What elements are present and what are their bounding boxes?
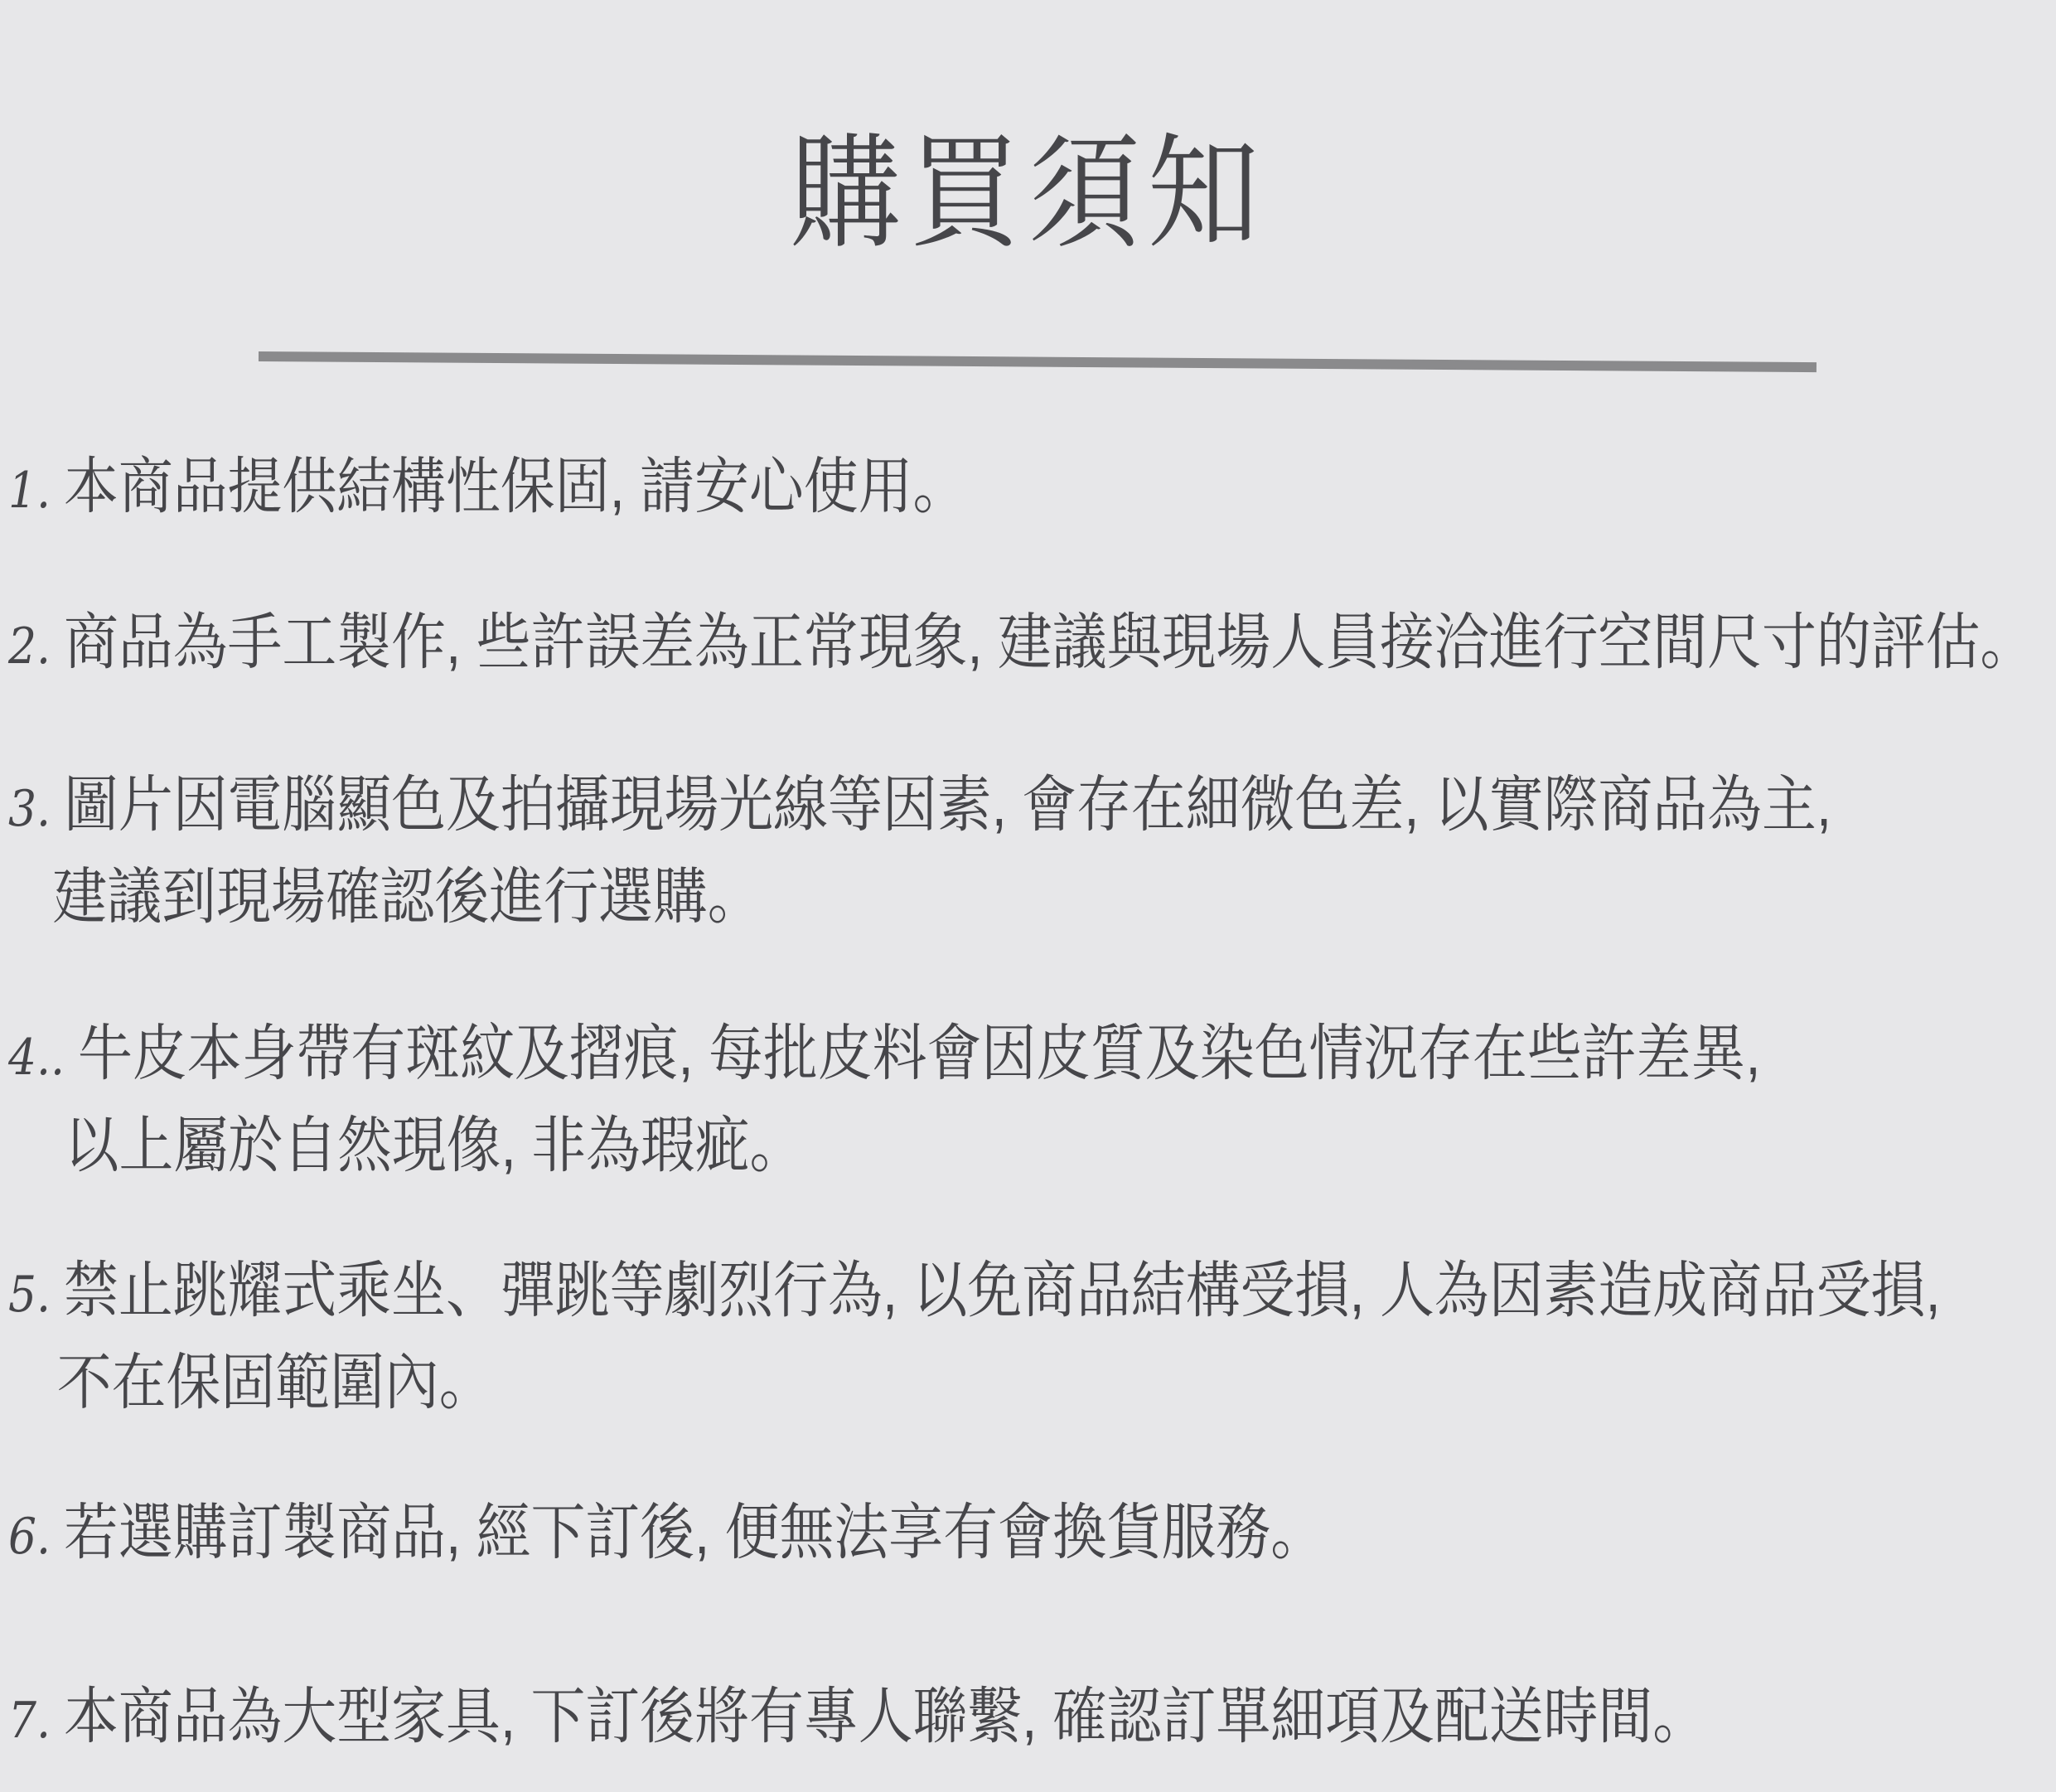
item-5-text: 禁止跳耀式乘坐、彈跳等劇烈行為, 以免商品結構受損, 人為因素造成商品受損,	[64, 1256, 1941, 1325]
item-7-text: 本商品為大型家具, 下訂後將有專人聯繫, 確認訂單細項及配送時間。	[64, 1682, 1707, 1751]
notice-line: 6.若選購訂製商品, 經下訂後, 便無法享有會換貨服務。	[8, 1489, 2029, 1581]
item-7-number: 7.	[8, 1677, 51, 1765]
item-2-text: 商品為手工製作, 些許誤差為正常現象, 建議與現場人員接洽進行空間尺寸的評估。	[64, 608, 2034, 676]
item-5-text-line-2: 不在保固範圍內。	[8, 1339, 2029, 1426]
item-5-number: 5.	[8, 1251, 51, 1339]
notice-line: 7.本商品為大型家具, 下訂後將有專人聯繫, 確認訂單細項及配送時間。	[8, 1673, 2029, 1765]
notice-line: 1.本商品提供結構性保固, 請安心使用。	[8, 443, 2029, 535]
item-2-number: 2.	[8, 603, 51, 690]
item-6-text: 若選購訂製商品, 經下訂後, 便無法享有會換貨服務。	[64, 1498, 1325, 1567]
notice-line: 2.商品為手工製作, 些許誤差為正常現象, 建議與現場人員接洽進行空間尺寸的評估…	[8, 598, 2029, 690]
notice-item-6: 6.若選購訂製商品, 經下訂後, 便無法享有會換貨服務。	[8, 1489, 2029, 1581]
notice-item-4: 4..牛皮本身帶有斑紋及摺痕, 每批皮料會因皮質及染色情況存在些許差異, 以上屬…	[8, 1010, 2029, 1189]
item-3-text: 圖片因電腦顯色及拍攝現場光線等因素, 會存在細微色差, 以實際商品為主,	[64, 770, 1831, 839]
item-4-number: 4..	[8, 1014, 65, 1102]
item-3-number: 3.	[8, 765, 51, 853]
page-title: 購買須知	[103, 106, 1953, 280]
item-4-text-line-2: 以上屬於自然現像, 非為瑕疵。	[8, 1102, 2029, 1189]
title-divider	[259, 351, 1817, 372]
item-1-text: 本商品提供結構性保固, 請安心使用。	[64, 452, 967, 521]
notice-item-1: 1.本商品提供結構性保固, 請安心使用。	[8, 443, 2029, 535]
notice-line: 5.禁止跳耀式乘坐、彈跳等劇烈行為, 以免商品結構受損, 人為因素造成商品受損,	[8, 1247, 2029, 1339]
notice-item-7: 7.本商品為大型家具, 下訂後將有專人聯繫, 確認訂單細項及配送時間。	[8, 1673, 2029, 1765]
notice-item-2: 2.商品為手工製作, 些許誤差為正常現象, 建議與現場人員接洽進行空間尺寸的評估…	[8, 598, 2029, 690]
notice-line: 4..牛皮本身帶有斑紋及摺痕, 每批皮料會因皮質及染色情況存在些許差異,	[8, 1010, 2029, 1102]
item-6-number: 6.	[8, 1493, 51, 1581]
item-3-text-line-2: 建議到現場確認後進行選購。	[8, 853, 2029, 941]
item-1-number: 1.	[8, 447, 51, 535]
notice-item-5: 5.禁止跳耀式乘坐、彈跳等劇烈行為, 以免商品結構受損, 人為因素造成商品受損,…	[8, 1247, 2029, 1426]
item-4-text: 牛皮本身帶有斑紋及摺痕, 每批皮料會因皮質及染色情況存在些許差異,	[78, 1019, 1761, 1087]
notice-item-3: 3.圖片因電腦顯色及拍攝現場光線等因素, 會存在細微色差, 以實際商品為主, 建…	[8, 761, 2029, 941]
notice-line: 3.圖片因電腦顯色及拍攝現場光線等因素, 會存在細微色差, 以實際商品為主,	[8, 761, 2029, 853]
